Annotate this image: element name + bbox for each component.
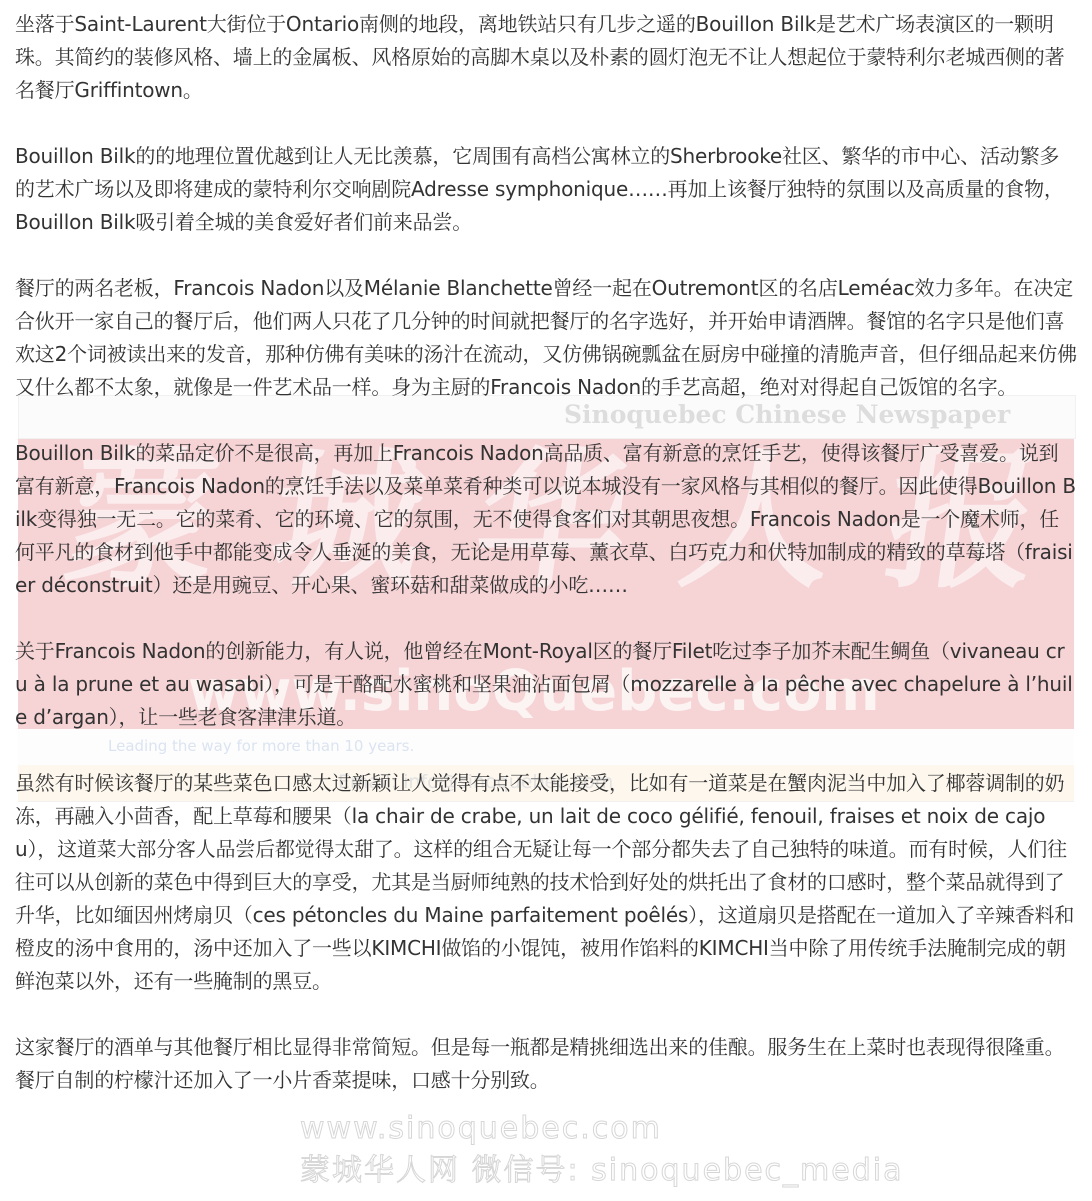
paragraph-wine: 这家餐厅的酒单与其他餐厅相比显得非常简短。但是每一瓶都是精挑细选出来的佳酿。服务… [15, 1031, 1077, 1097]
paragraph-dishes: 虽然有时候该餐厅的某些菜色口感太过新颖让人觉得有点不太能接受，比如有一道菜是在蟹… [15, 767, 1077, 998]
footer-watermark-wechat: 蒙城华人网 微信号: sinoquebec_media [300, 1150, 903, 1192]
paragraph-owners: 餐厅的两名老板，Francois Nadon以及Mélanie Blanchet… [15, 272, 1077, 404]
article-body: 坐落于Saint-Laurent大街位于Ontario南侧的地段，离地铁站只有几… [15, 8, 1077, 1130]
paragraph-location: Bouillon Bilk的的地理位置优越到让人无比羡慕，它周围有高档公寓林立的… [15, 140, 1077, 239]
paragraph-intro: 坐落于Saint-Laurent大街位于Ontario南侧的地段，离地铁站只有几… [15, 8, 1077, 107]
paragraph-innovation: 关于Francois Nadon的创新能力，有人说，他曾经在Mont-Royal… [15, 635, 1077, 734]
paragraph-pricing: Bouillon Bilk的菜品定价不是很高，再加上Francois Nadon… [15, 437, 1077, 602]
